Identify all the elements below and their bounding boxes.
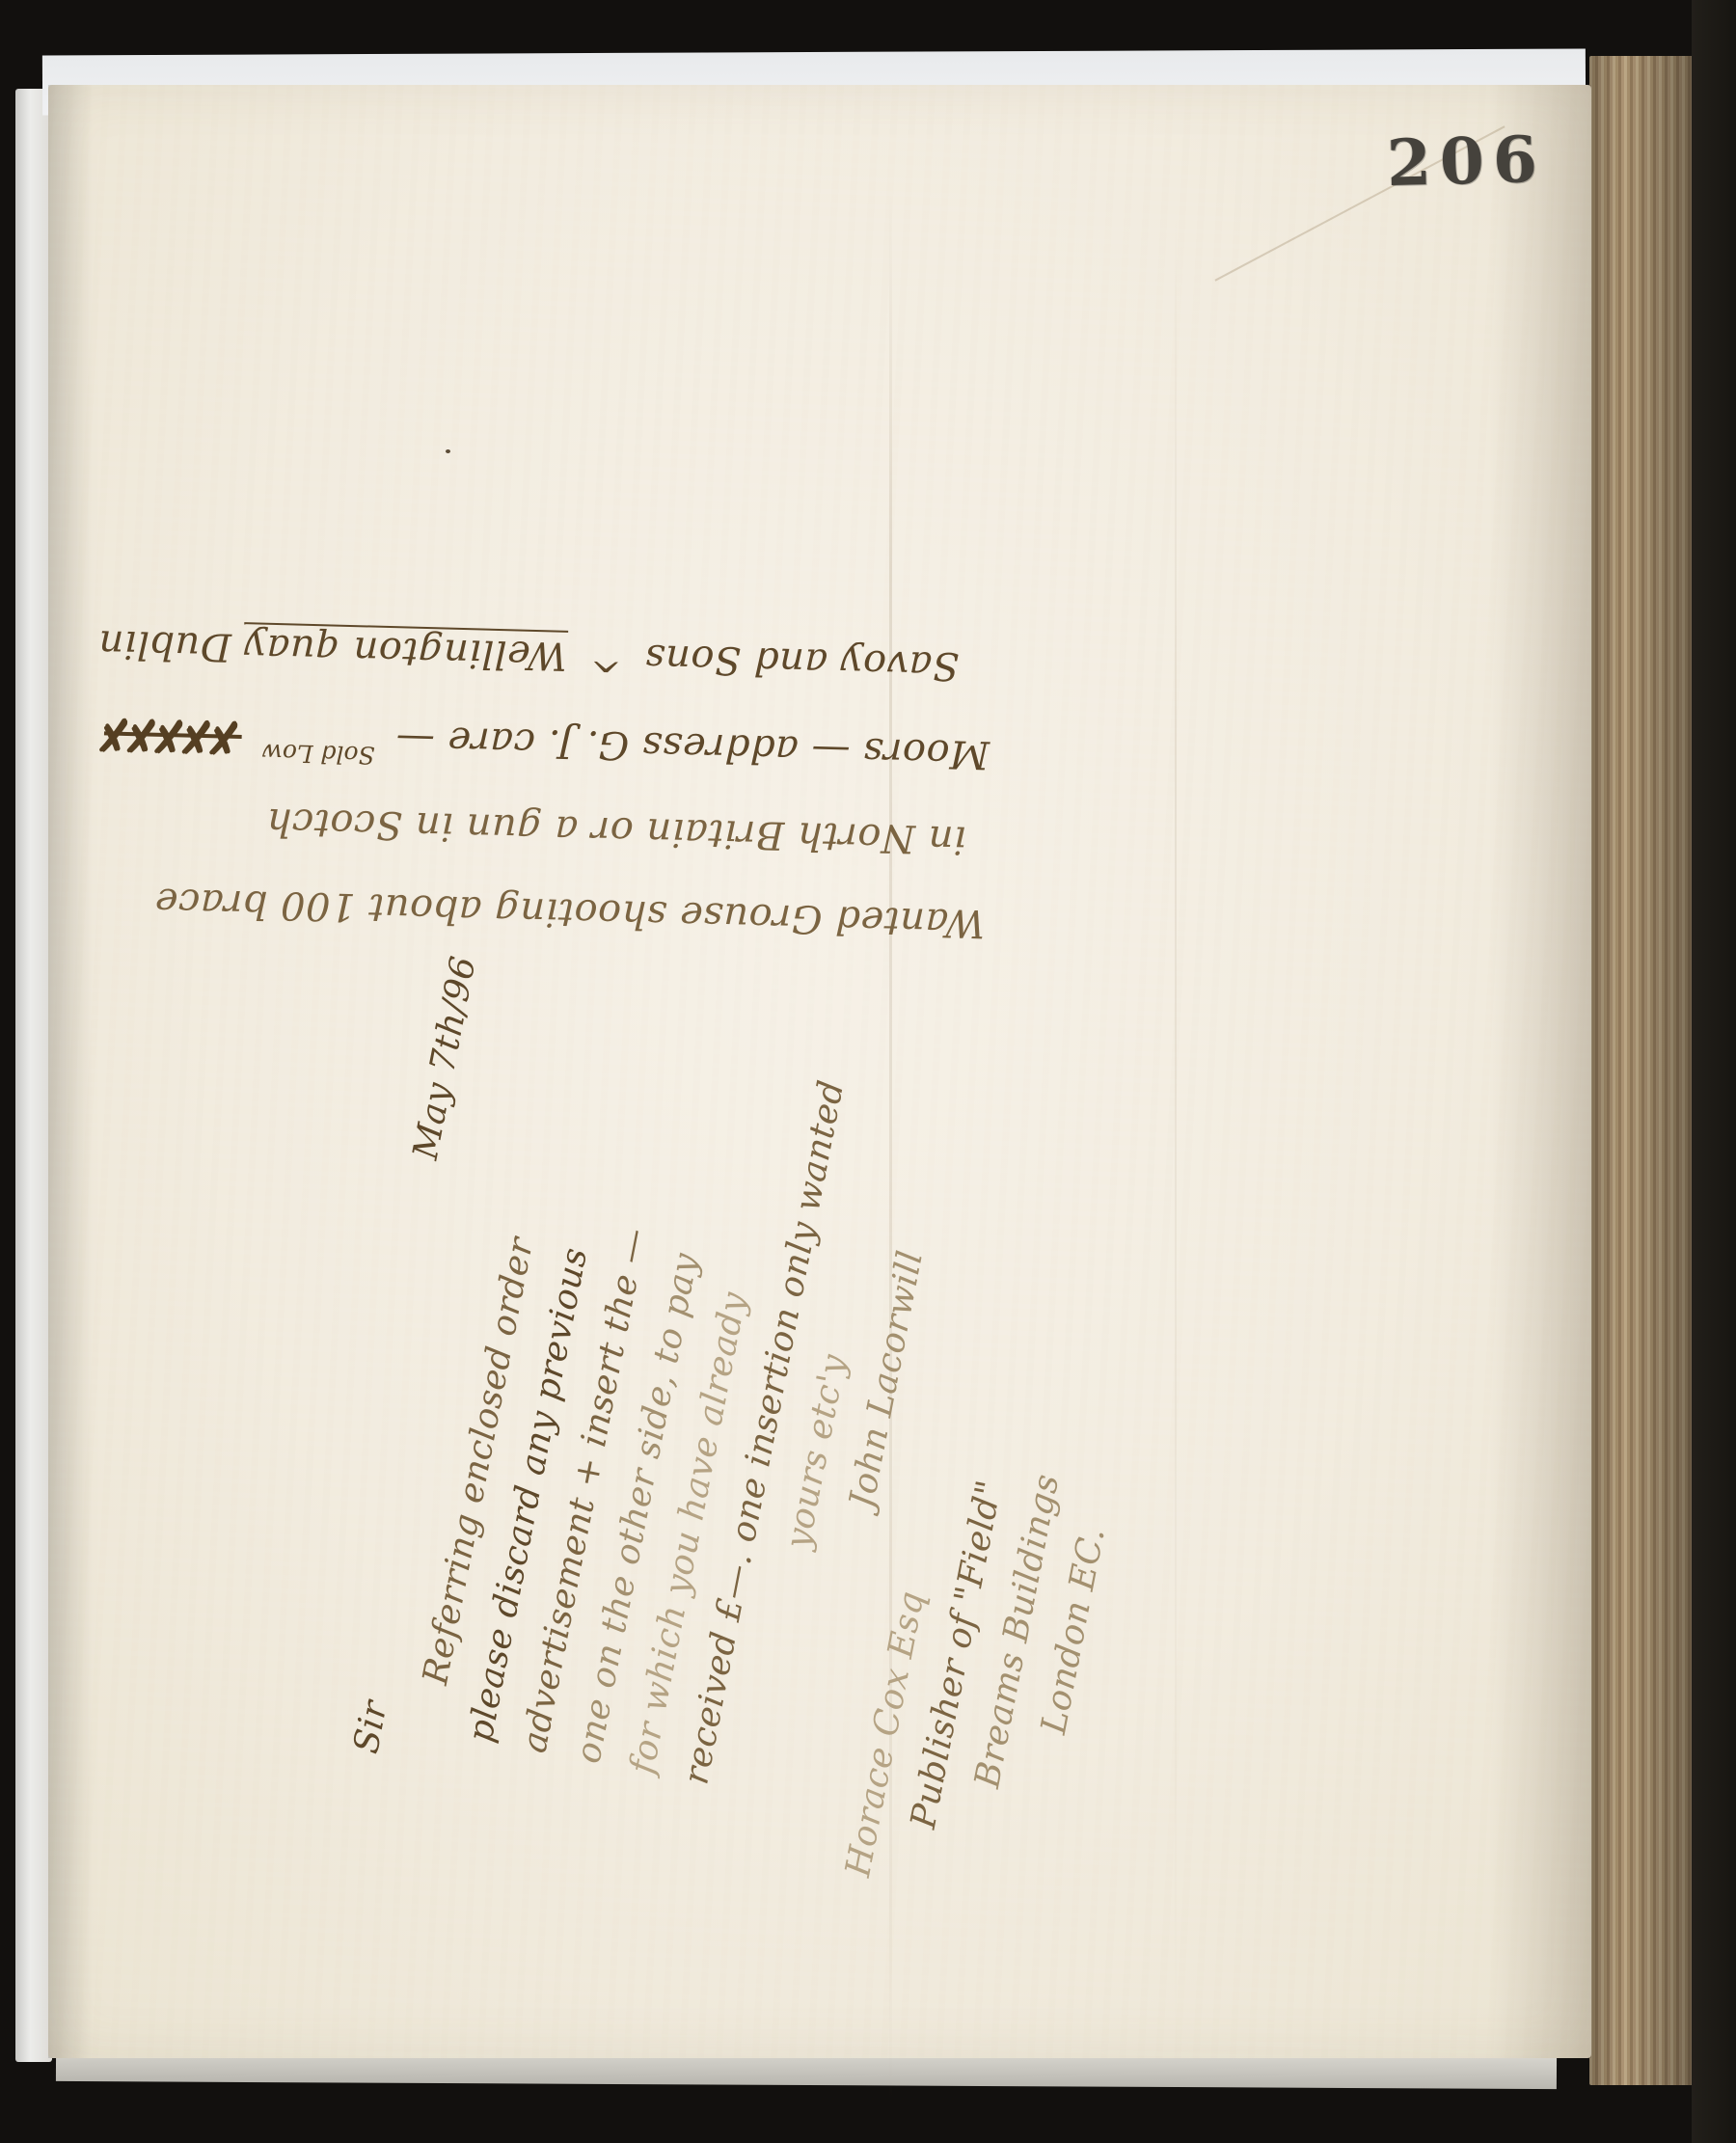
- ad-line-3-text: Moors — address G. J. care —: [395, 717, 990, 776]
- ad-line-4-c: Dublin: [97, 621, 231, 669]
- book-cover-edge: [1692, 0, 1736, 2143]
- book-page-stack-edge: [1589, 56, 1701, 2085]
- ink-speck: [446, 449, 450, 453]
- manuscript-photo: 206 Wanted Grouse shooting about 100 bra…: [0, 0, 1736, 2143]
- page-number-stamp: 206: [1386, 122, 1547, 201]
- facing-page-edge: [15, 89, 52, 2062]
- advertisement-draft: Wanted Grouse shooting about 100 brace i…: [223, 606, 993, 965]
- gutter-shadow-left: [48, 85, 93, 2058]
- ad-line-4-a: Savoy and Sons: [644, 636, 960, 689]
- ad-line-4-underlined: Wellington quay: [243, 622, 567, 678]
- ad-crossed-out-word: ✗✗✗✗✗: [103, 708, 242, 764]
- ad-inserted-words: Sold Low: [261, 739, 375, 770]
- gutter-shadow-right: [1489, 85, 1591, 2058]
- letter-draft: May 7th/96 Sir Referring enclosed order …: [285, 939, 1199, 1918]
- insertion-caret: ^: [589, 634, 623, 679]
